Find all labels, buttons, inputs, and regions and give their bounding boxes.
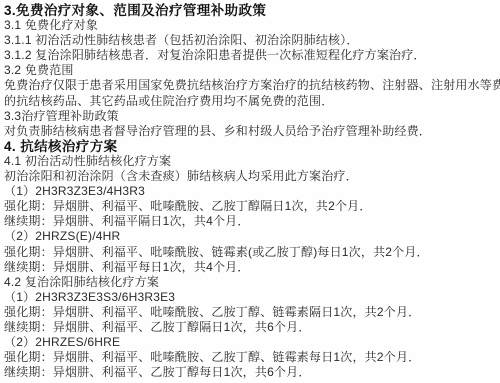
text-line: 3.2 免费范围	[4, 63, 496, 78]
text-line: （1）2H3R3Z3E3S3/6H3R3E3	[4, 290, 496, 305]
text-line: 继续期：异烟肼、利福平每日1次，共4个月．	[4, 260, 496, 275]
text-line: 继续期：异烟肼、利福平、乙胺丁醇隔日1次，共6个月．	[4, 320, 496, 335]
text-line: 强化期：异烟肼、利福平、吡嗪酰胺、乙胺丁醇、链霉素每日1次，共2个月．	[4, 350, 496, 365]
text-line: 免费治疗仅限于患者采用国家免费抗结核治疗方案治疗的抗结核药物、注射器、注射用水等…	[4, 78, 496, 93]
text-line: （2）2HRZS(E)/4HR	[4, 229, 496, 244]
document-page: 3.免费治疗对象、范围及治疗管理补助政策3.1 免费化疗对象3.1.1 初治活动…	[0, 0, 500, 383]
text-line: 强化期：异烟肼、利福平、吡嗪酰胺、乙胺丁醇隔日1次，共2个月．	[4, 199, 496, 214]
text-line: 3.3治疗管理补助政策	[4, 109, 496, 124]
text-line: 继续期：异烟肼、利福平隔日1次，共4个月．	[4, 214, 496, 229]
text-line: 强化期：异烟肼、利福平、吡嗪酰胺、乙胺丁醇、链霉素隔日1次，共2个月．	[4, 305, 496, 320]
text-line: （1）2H3R3Z3E3/4H3R3	[4, 184, 496, 199]
text-line: （2）2HRZES/6HRE	[4, 335, 496, 350]
text-line: 4.1 初治活动性肺结核化疗方案	[4, 154, 496, 169]
text-line: 3.1.1 初治活动性肺结核患者（包括初治涂阳、初治涂阴肺结核）．	[4, 33, 496, 48]
text-line: 继续期：异烟肼、利福平、乙胺丁醇每日1次，共6个月．	[4, 365, 496, 380]
section-heading: 4. 抗结核治疗方案	[4, 139, 496, 154]
text-line: 对负责肺结核病患者督导治疗管理的县、乡和村级人员给予治疗管理补助经费．	[4, 124, 496, 139]
text-line: 初治涂阳和初治涂阴（含未查痰）肺结核病人均采用此方案治疗．	[4, 169, 496, 184]
text-line: 3.1 免费化疗对象	[4, 18, 496, 33]
text-line: 3.1.2 复治涂阳肺结核患者．对复治涂阳患者提供一次标准短程化疗方案治疗．	[4, 48, 496, 63]
text-line: 强化期：异烟肼、利福平、吡嗪酰胺、链霉素(或乙胺丁醇)每日1次，共2个月．	[4, 245, 496, 260]
section-heading: 3.免费治疗对象、范围及治疗管理补助政策	[4, 3, 496, 18]
text-line: 4.2 复治涂阳肺结核化疗方案	[4, 275, 496, 290]
text-line: 的抗结核药品、其它药品或住院治疗费用均不属免费的范围．	[4, 94, 496, 109]
document-lines: 3.免费治疗对象、范围及治疗管理补助政策3.1 免费化疗对象3.1.1 初治活动…	[4, 3, 496, 380]
